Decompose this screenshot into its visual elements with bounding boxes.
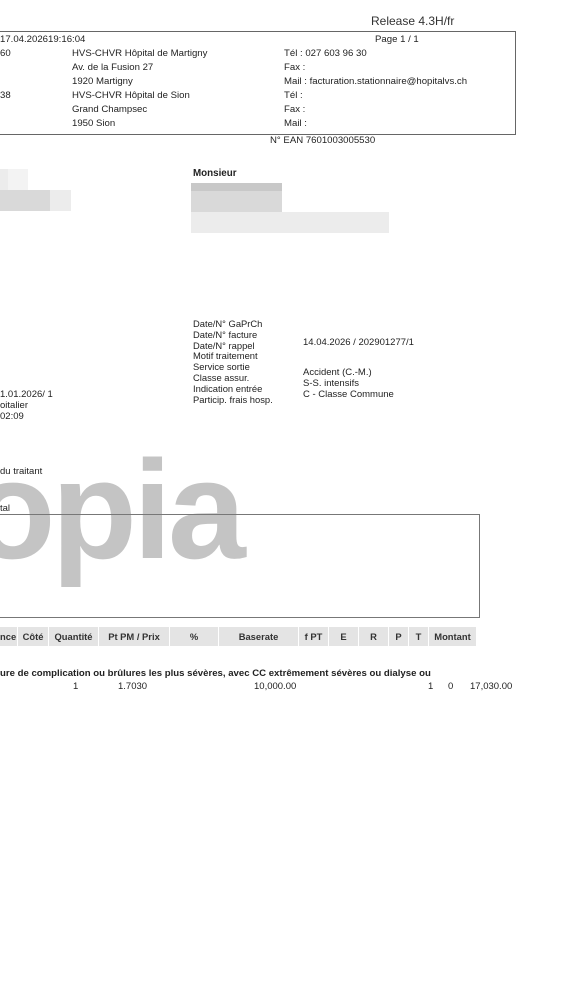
recipient-salutation: Monsieur	[193, 168, 237, 179]
provider-fax: Fax :	[284, 61, 305, 75]
column-header: Pt PM / Prix	[99, 627, 169, 646]
left-info-type: oitalier	[0, 400, 28, 411]
site-fax: Fax :	[284, 103, 305, 117]
info-label: Particip. frais hosp.	[193, 395, 273, 406]
redacted-block	[191, 183, 282, 191]
column-header: R	[359, 627, 388, 646]
column-header: f PT	[299, 627, 328, 646]
release-version: Release 4.3H/fr	[371, 14, 454, 28]
provider-street: Av. de la Fusion 27	[72, 61, 153, 75]
provider-phone: Tél : 027 603 96 30	[284, 47, 367, 61]
redacted-block	[191, 212, 389, 233]
doctor-label: du traitant	[0, 466, 42, 477]
insurance-class: C - Classe Commune	[303, 389, 394, 400]
row-p: 1	[428, 681, 433, 692]
row-amount: 17,030.00	[470, 681, 512, 692]
invoice-info-labels: Date/N° GaPrCh Date/N° facture Date/N° r…	[193, 319, 273, 405]
ean-number: N° EAN 7601003005530	[270, 134, 375, 148]
column-header: Montant	[429, 627, 476, 646]
service-description: ure de complication ou brûlures les plus…	[0, 668, 431, 679]
column-header: nce	[0, 627, 17, 646]
row-points-price: 1.7030	[118, 681, 147, 692]
invoice-date-number: 14.04.2026 / 202901277/1	[303, 337, 414, 348]
provider-name: HVS-CHVR Hôpital de Martigny	[72, 47, 207, 61]
info-label: Indication entrée	[193, 384, 273, 395]
column-header: Quantité	[49, 627, 98, 646]
site-name: HVS-CHVR Hôpital de Sion	[72, 89, 190, 103]
column-header: %	[170, 627, 218, 646]
treatment-reason: Accident (C.-M.)	[303, 367, 372, 378]
site-street: Grand Champsec	[72, 103, 147, 117]
provider-mail[interactable]: Mail : facturation.stationnaire@hopitalv…	[284, 75, 467, 89]
hospital-label: tal	[0, 503, 10, 514]
redacted-block	[50, 190, 71, 211]
discharge-service: S-S. intensifs	[303, 378, 359, 389]
redacted-block	[0, 169, 8, 190]
redacted-block	[8, 169, 28, 190]
row-quantity: 1	[73, 681, 78, 692]
redacted-block	[191, 191, 282, 212]
provider-code: 60	[0, 47, 11, 61]
row-t: 0	[448, 681, 453, 692]
redacted-block	[0, 190, 50, 211]
site-city: 1950 Sion	[72, 117, 115, 131]
column-header: T	[409, 627, 428, 646]
site-mail: Mail :	[284, 117, 307, 131]
row-baserate: 10,000.00	[254, 681, 296, 692]
column-header: E	[329, 627, 358, 646]
site-phone: Tél :	[284, 89, 303, 103]
site-code: 38	[0, 89, 11, 103]
page-number: Page 1 / 1	[375, 33, 419, 47]
print-datetime: 17.04.202619:16:04	[0, 33, 85, 47]
table-header: nce Côté Quantité Pt PM / Prix % Baserat…	[0, 627, 477, 646]
column-header: Côté	[18, 627, 48, 646]
column-header: Baserate	[219, 627, 298, 646]
left-info-time: 02:09	[0, 411, 24, 422]
column-header: P	[389, 627, 408, 646]
left-info-date: 1.01.2026/ 1	[0, 389, 53, 400]
info-label: Date/N° facture	[193, 330, 273, 341]
provider-city: 1920 Martigny	[72, 75, 133, 89]
notes-box	[0, 514, 480, 618]
